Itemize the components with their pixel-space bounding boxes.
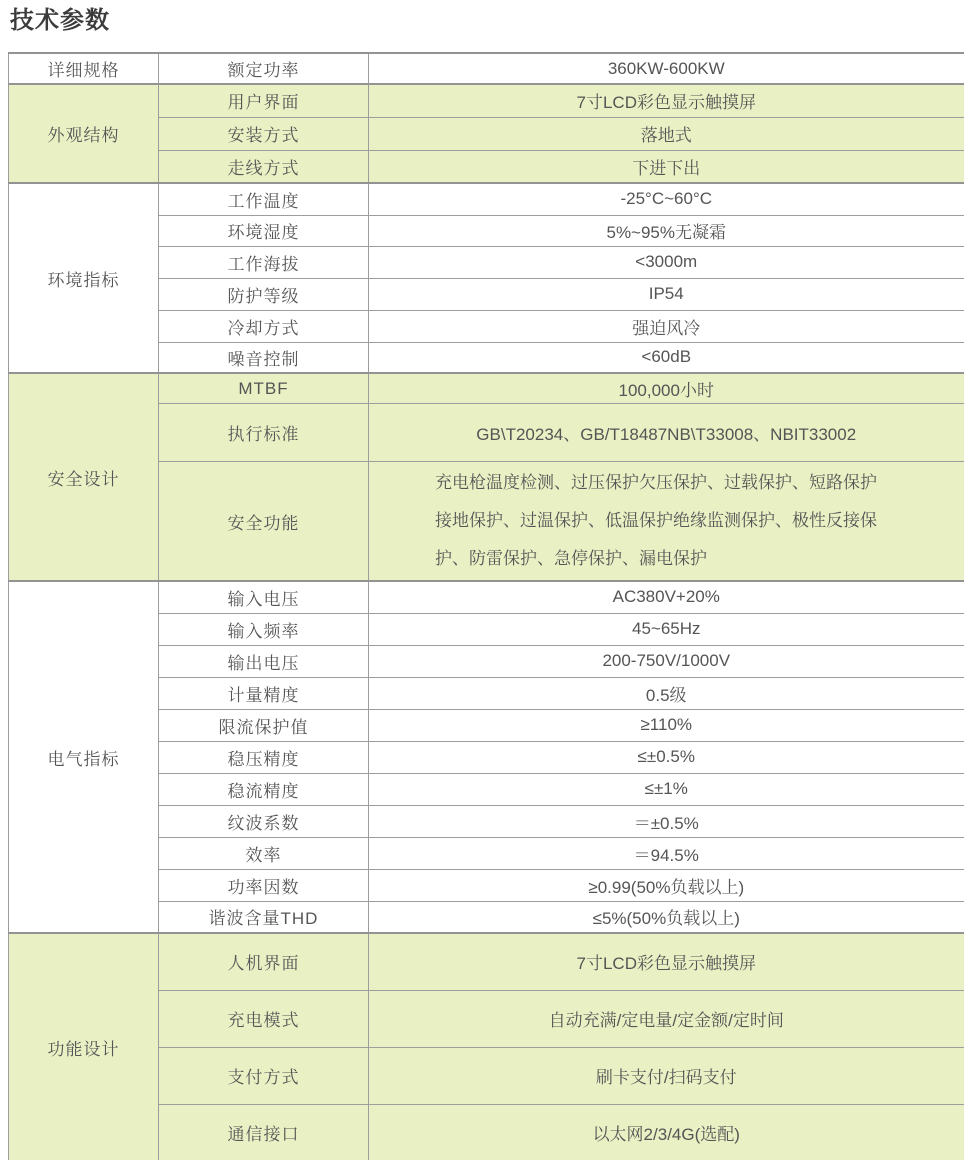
parameter-value-cell: ≤5%(50%负载以上) xyxy=(369,901,964,933)
parameter-value-cell: 200-750V/1000V xyxy=(369,645,964,677)
parameter-name-cell: 环境湿度 xyxy=(159,215,369,246)
parameter-name-cell: 工作温度 xyxy=(159,183,369,215)
parameter-name-cell: 防护等级 xyxy=(159,278,369,310)
parameter-name-cell: 输入频率 xyxy=(159,613,369,645)
parameter-value-cell: <3000m xyxy=(369,246,964,278)
parameter-name-cell: 走线方式 xyxy=(159,150,369,183)
category-cell: 功能设计 xyxy=(9,933,159,1160)
parameter-name-cell: 输入电压 xyxy=(159,581,369,613)
parameter-name-cell: 充电模式 xyxy=(159,990,369,1047)
table-row: 外观结构用户界面7寸LCD彩色显示触摸屏 xyxy=(9,84,964,117)
table-row: 功能设计人机界面7寸LCD彩色显示触摸屏 xyxy=(9,933,964,990)
table-row: 电气指标输入电压AC380V+20% xyxy=(9,581,964,613)
parameter-value-cell: ＝94.5% xyxy=(369,837,964,869)
page-title: 技术参数 xyxy=(10,6,972,36)
parameter-value-cell: GB\T20234、GB/T18487NB\T33008、NBIT33002 xyxy=(369,404,964,462)
parameter-name-cell: 安装方式 xyxy=(159,117,369,150)
parameter-name-cell: 纹波系数 xyxy=(159,805,369,837)
parameter-value-cell: 自动充满/定电量/定金额/定时间 xyxy=(369,990,964,1047)
parameter-value-cell: 360KW-600KW xyxy=(369,53,964,84)
parameter-name-cell: 支付方式 xyxy=(159,1047,369,1104)
parameter-name-cell: 输出电压 xyxy=(159,645,369,677)
table-row: 安全设计MTBF100,000小时 xyxy=(9,373,964,404)
parameter-name-cell: 稳流精度 xyxy=(159,773,369,805)
parameter-value-cell: 充电枪温度检测、过压保护欠压保护、过载保护、短路保护 接地保护、过温保护、低温保… xyxy=(369,462,964,582)
parameter-value-cell: 下进下出 xyxy=(369,150,964,183)
category-cell: 安全设计 xyxy=(9,373,159,581)
category-cell: 详细规格 xyxy=(9,53,159,84)
parameter-value-cell: ≤±0.5% xyxy=(369,741,964,773)
parameter-value-cell: 100,000小时 xyxy=(369,373,964,404)
parameter-value-cell: 落地式 xyxy=(369,117,964,150)
parameter-value-cell: 7寸LCD彩色显示触摸屏 xyxy=(369,933,964,990)
parameter-name-cell: 额定功率 xyxy=(159,53,369,84)
parameter-value-cell: ≥0.99(50%负载以上) xyxy=(369,869,964,901)
table-row: 环境指标工作温度-25°C~60°C xyxy=(9,183,964,215)
parameter-value-cell: ≥110% xyxy=(369,709,964,741)
parameter-name-cell: 通信接口 xyxy=(159,1104,369,1160)
parameter-name-cell: 安全功能 xyxy=(159,462,369,582)
parameter-value-cell: 5%~95%无凝霜 xyxy=(369,215,964,246)
parameter-name-cell: 执行标准 xyxy=(159,404,369,462)
parameter-name-cell: MTBF xyxy=(159,373,369,404)
parameter-value-cell: 刷卡支付/扫码支付 xyxy=(369,1047,964,1104)
parameter-value-cell: ＝±0.5% xyxy=(369,805,964,837)
parameter-name-cell: 功率因数 xyxy=(159,869,369,901)
parameter-name-cell: 效率 xyxy=(159,837,369,869)
parameter-name-cell: 稳压精度 xyxy=(159,741,369,773)
parameter-value-cell: ≤±1% xyxy=(369,773,964,805)
parameter-name-cell: 工作海拔 xyxy=(159,246,369,278)
category-cell: 环境指标 xyxy=(9,183,159,373)
parameter-name-cell: 冷却方式 xyxy=(159,310,369,342)
spec-table-body: 详细规格额定功率360KW-600KW外观结构用户界面7寸LCD彩色显示触摸屏安… xyxy=(9,53,964,1160)
parameter-value-cell: IP54 xyxy=(369,278,964,310)
parameter-name-cell: 用户界面 xyxy=(159,84,369,117)
parameter-value-cell: AC380V+20% xyxy=(369,581,964,613)
parameter-value-cell: 强迫风冷 xyxy=(369,310,964,342)
category-cell: 电气指标 xyxy=(9,581,159,933)
parameter-name-cell: 噪音控制 xyxy=(159,342,369,373)
parameter-value-cell: <60dB xyxy=(369,342,964,373)
spec-table: 详细规格额定功率360KW-600KW外观结构用户界面7寸LCD彩色显示触摸屏安… xyxy=(8,52,964,1160)
parameter-name-cell: 谐波含量THD xyxy=(159,901,369,933)
parameter-value-cell: -25°C~60°C xyxy=(369,183,964,215)
parameter-name-cell: 计量精度 xyxy=(159,677,369,709)
parameter-value-cell: 0.5级 xyxy=(369,677,964,709)
parameter-value-cell: 以太网2/3/4G(选配) xyxy=(369,1104,964,1160)
parameter-value-cell: 45~65Hz xyxy=(369,613,964,645)
parameter-name-cell: 限流保护值 xyxy=(159,709,369,741)
category-cell: 外观结构 xyxy=(9,84,159,183)
parameter-value-cell: 7寸LCD彩色显示触摸屏 xyxy=(369,84,964,117)
table-row: 详细规格额定功率360KW-600KW xyxy=(9,53,964,84)
parameter-name-cell: 人机界面 xyxy=(159,933,369,990)
page: 技术参数 详细规格额定功率360KW-600KW外观结构用户界面7寸LCD彩色显… xyxy=(0,0,972,1160)
